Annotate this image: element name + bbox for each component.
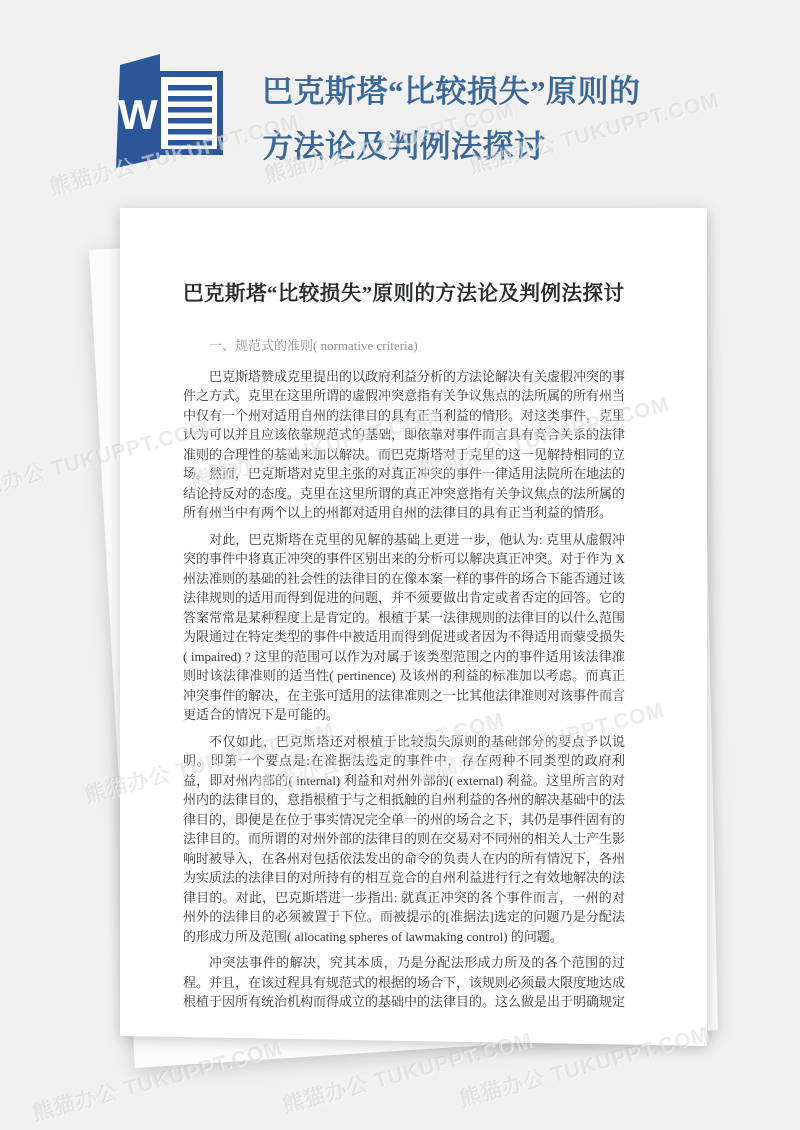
header: W 巴克斯塔“比较损失”原则的 方法论及判例法探讨 — [0, 0, 800, 200]
document-title: 巴克斯塔“比较损失”原则的方法论及判例法探讨 — [183, 283, 625, 305]
page-title-line2: 方法论及判例法探讨 — [262, 119, 732, 174]
document-body: 巴克斯塔“比较损失”原则的方法论及判例法探讨 一、规范式的准则( normati… — [183, 283, 625, 1019]
document-preview-page: 巴克斯塔“比较损失”原则的方法论及判例法探讨 一、规范式的准则( normati… — [0, 0, 800, 1130]
paragraph: 不仅如此，巴克斯塔还对根植于比较损失原则的基础部分的要点予以说明。即第一个要点是… — [183, 732, 625, 947]
paragraph: 巴克斯塔赞成克里提出的以政府利益分析的方法论解决有关虚假冲突的事件之方式。克里在… — [183, 367, 625, 523]
page-title-line1: 巴克斯塔“比较损失”原则的 — [262, 64, 732, 119]
page-title: 巴克斯塔“比较损失”原则的 方法论及判例法探讨 — [262, 64, 732, 174]
section-heading: 一、规范式的准则( normative criteria) — [183, 336, 625, 356]
document-page: 巴克斯塔“比较损失”原则的方法论及判例法探讨 一、规范式的准则( normati… — [120, 208, 707, 1046]
document-paragraphs: 巴克斯塔赞成克里提出的以政府利益分析的方法论解决有关虚假冲突的事件之方式。克里在… — [183, 367, 625, 1012]
word-icon: W — [108, 52, 238, 172]
paragraph: 冲突法事件的解决，究其本质，乃是分配法形成力所及的各个范围的过程。并且，在该过程… — [183, 953, 625, 1012]
svg-text:W: W — [118, 91, 158, 138]
paragraph: 对此，巴克斯塔在克里的见解的基础上更进一步，他认为: 克里从虚假冲突的事件中将真… — [183, 530, 625, 725]
